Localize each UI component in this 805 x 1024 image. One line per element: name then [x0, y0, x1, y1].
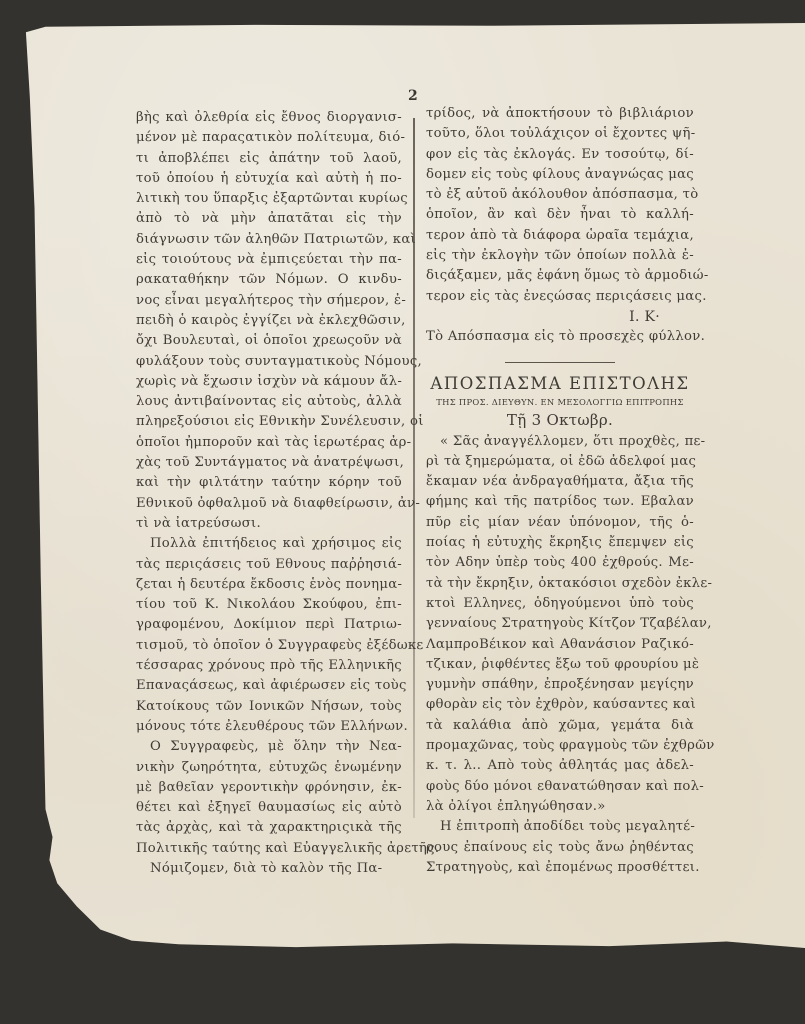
text-line: γενναίους Στρατηγοὺς Κίτζον Τζαβέλαν, [426, 614, 694, 634]
text-line: χὰς τοῦ Συντάγματος νὰ ἀνατρέψωσι, [136, 453, 402, 473]
text-line: λους ἀντιβαίνοντας εἰς αὐτοὺς, ἀλλὰ [136, 392, 402, 412]
paragraph: Η ἐπιτροπὴ ἀποδίδει τοὺς μεγαλητέ-ρους ἐ… [426, 817, 694, 878]
text-line: διάγνωσιν τῶν ἀληθῶν Πατριωτῶν, καὶ [136, 230, 402, 250]
page-number: 2 [408, 88, 418, 104]
text-line: εἰς τὴν ἐκλογὴν τῶν ὁποίων πολλὰ ἐ- [426, 246, 694, 266]
section-rule [505, 362, 615, 363]
text-line: τὰς ἀρχὰς, καὶ τὰ χαρακτηριςικὰ τῆς [136, 818, 402, 838]
text-line: Η ἐπιτροπὴ ἀποδίδει τοὺς μεγαλητέ- [426, 817, 694, 837]
text-line: γυμνὴν σπάθην, ἐπροξένησαν μεγίςην [426, 675, 694, 695]
text-line: νικὴν ζωηρότητα, εὐτυχῶς ἑνωμένην [136, 758, 402, 778]
text-line: ρὶ τὰ ξημερώματα, οἱ ἐδῶ ἀδελφοί μας [426, 452, 694, 472]
text-line: τοῦτο, ὅλοι τοὐλάχιςον οἱ ἔχοντες ψῆ- [426, 124, 694, 144]
paragraph: Ο Συγγραφεὺς, μὲ ὅλην τὴν Νεα-νικὴν ζωηρ… [136, 737, 402, 859]
text-line: ὁποῖοι ἠμποροῦν καὶ τὰς ἱερωτέρας ἀρ- [136, 433, 402, 453]
text-line: τερον εἰς τὰς ἐνεςώσας περιςάσεις μας. [426, 287, 694, 307]
text-line: τι ἀποβλέπει εἰς ἀπάτην τοῦ λαοῦ, [136, 149, 402, 169]
text-line: κτοὶ Ελληνες, ὁδηγούμενοι ὑπὸ τοὺς [426, 594, 694, 614]
text-line: ὄχι Βουλευταὶ, οἱ ὁποῖοι χρεωςοῦν νὰ [136, 331, 402, 351]
text-line: προμαχῶνας, τοὺς φραγμοὺς τῶν ἐχθρῶν [426, 736, 694, 756]
text-line: Ο Συγγραφεὺς, μὲ ὅλην τὴν Νεα- [136, 737, 402, 757]
text-line: « Σᾶς ἀναγγέλλομεν, ὅτι προχθὲς, πε- [426, 432, 694, 452]
text-line: τὶ νὰ ἰατρεύσωσι. [136, 514, 402, 534]
section-subtitle: ΤΗΣ ΠΡΟΣ. ΔΙΕΥΘΥΝ. ΕΝ ΜΕΣΟΛΟΓΓΙΩ ΕΠΙΤΡΟΠ… [426, 395, 694, 410]
right-column: τρίδος, νὰ ἀποκτήσουν τὸ βιβλιάριοντοῦτο… [426, 104, 694, 878]
text-line: τερον ἀπὸ τὰ διάφορα ὡραῖα τεμάχια, [426, 226, 694, 246]
text-line: φυλάξουν τοὺς συνταγματικοὺς Νόμους, [136, 352, 402, 372]
text-line: χωρὶς νὰ ἔχωσιν ἰσχὺν νὰ κάμουν ἄλ- [136, 372, 402, 392]
text-line: Στρατηγοὺς, καὶ ἐπομένως προσθέττει. [426, 858, 694, 878]
text-line: ὁποῖον, ἂν καὶ δὲν ἦναι τὸ καλλή- [426, 205, 694, 225]
text-line: τίου τοῦ Κ. Νικολάου Σκούφου, ἐπι- [136, 595, 402, 615]
section-title: ΑΠΟΣΠΑΣΜΑ ΕΠΙΣΤΟΛΗΣ [426, 373, 694, 395]
text-line: φον εἰς τὰς ἐκλογάς. Εν τοσούτῳ, δί- [426, 145, 694, 165]
text-line: Πολλὰ ἐπιτήδειος καὶ χρήσιμος εἰς [136, 534, 402, 554]
text-line: νος εἶναι μεγαλήτερος τὴν σήμερον, ἐ- [136, 291, 402, 311]
text-line: πῦρ εἰς μίαν νέαν ὑπόνομον, τῆς ὁ- [426, 513, 694, 533]
text-line: Επαναςάσεως, καὶ ἀφιέρωσεν εἰς τοὺς [136, 676, 402, 696]
text-line: Πολιτικῆς ταύτης καὶ Εὐαγγελικῆς ἀρετῆς. [136, 839, 402, 859]
text-line: τὸ ἐξ αὐτοῦ ἀκόλουθον ἀπόσπασμα, τὸ [426, 185, 694, 205]
text-line: Νόμιζομεν, διὰ τὸ καλὸν τῆς Πα- [136, 859, 402, 879]
text-line: φοὺς δύο μόνοι εθανατώθησαν καὶ πολ- [426, 777, 694, 797]
text-line: τζικαν, ῥιφθέντες ἔξω τοῦ φρουρίου μὲ [426, 655, 694, 675]
text-line: τὰς περιςάσεις τοῦ Εθνους παῤῥησιά- [136, 555, 402, 575]
left-column: βὴς καὶ ὀλεθρία εἰς ἔθνος διοργανισ-μένο… [136, 108, 402, 879]
text-line: ζεται ἡ δευτέρα ἔκδοσις ἑνὸς πονημα- [136, 575, 402, 595]
editor-note: Τὸ Απόσπασμα εἰς τὸ προσεχὲς φύλλον. [426, 327, 694, 347]
text-line: κ. τ. λ.. Απὸ τοὺς ἀθλητάς μας ἀδελ- [426, 756, 694, 776]
column-divider [413, 118, 415, 818]
text-line: Κατοίκους τῶν Ιονικῶν Νήσων, τοὺς [136, 697, 402, 717]
text-line: ἀπὸ τὸ νὰ μὴν ἀπατᾶται εἰς τὴν [136, 209, 402, 229]
paragraph: τρίδος, νὰ ἀποκτήσουν τὸ βιβλιάριοντοῦτο… [426, 104, 694, 307]
text-line: εἰς τοιούτους νὰ ἐμπιςεύεται τὴν πα- [136, 250, 402, 270]
text-line: γραφομένου, Δοκίμιον περὶ Πατριω- [136, 615, 402, 635]
text-line: διςάξαμεν, μᾶς ἐφάνη ὅμως τὸ ἁρμοδιώ- [426, 266, 694, 286]
text-line: καὶ τὴν φιλτάτην ταύτην κόρην τοῦ [136, 473, 402, 493]
text-line: ἔκαμαν νέα ἀνδραγαθήματα, ἄξια τῆς [426, 472, 694, 492]
text-line: λὰ ὀλίγοι ἐπληγώθησαν.» [426, 797, 694, 817]
text-line: πειδὴ ὁ καιρὸς ἐγγίζει νὰ ἐκλεχθῶσιν, [136, 311, 402, 331]
paragraph: βὴς καὶ ὀλεθρία εἰς ἔθνος διοργανισ-μένο… [136, 108, 402, 534]
text-line: ΛαμπροΒέικον καὶ Αθανάσιον Ραζικό- [426, 635, 694, 655]
text-line: τὰ τὴν ἔκρηξιν, ὀκτακόσιοι σχεδὸν ἐκλε- [426, 574, 694, 594]
paragraph: Πολλὰ ἐπιτήδειος καὶ χρήσιμος εἰςτὰς περ… [136, 534, 402, 737]
text-line: δομεν εἰς τοὺς φίλους ἀναγνώςας μας [426, 165, 694, 185]
paragraph: Νόμιζομεν, διὰ τὸ καλὸν τῆς Πα- [136, 859, 402, 879]
text-line: πληρεξούσιοι εἰς Εθνικὴν Συνέλευσιν, οἱ [136, 412, 402, 432]
text-line: μόνους τότε ἐλευθέρους τῶν Ελλήνων. [136, 717, 402, 737]
text-line: θέτει καὶ ἐξηγεῖ θαυμασίως εἰς αὐτὸ [136, 798, 402, 818]
section-date: Τῇ 3 Οκτωβρ. [426, 410, 694, 430]
text-line: βὴς καὶ ὀλεθρία εἰς ἔθνος διοργανισ- [136, 108, 402, 128]
text-line: ποίας ἡ εὐτυχὴς ἔκρηξις ἔπεμψεν εἰς [426, 533, 694, 553]
text-line: μένον μὲ παραςατικὸν πολίτευμα, διό- [136, 128, 402, 148]
text-line: λιτικὴ του ὕπαρξις ἐξαρτῶνται κυρίως [136, 189, 402, 209]
signature: Ι. Κ· [426, 307, 694, 327]
text-line: τὸν Αδην ὑπὲρ τοὺς 400 ἐχθρούς. Με- [426, 553, 694, 573]
text-line: τρίδος, νὰ ἀποκτήσουν τὸ βιβλιάριον [426, 104, 694, 124]
text-line: τὰ καλάθια ἀπὸ χῶμα, γεμάτα διὰ [426, 716, 694, 736]
text-line: φήμης καὶ τῆς πατρίδος των. Εβαλαν [426, 492, 694, 512]
letter-excerpt: « Σᾶς ἀναγγέλλομεν, ὅτι προχθὲς, πε-ρὶ τ… [426, 432, 694, 818]
text-line: φθορὰν εἰς τὸν ἐχθρὸν, καύσαντες καὶ [426, 695, 694, 715]
text-line: ρους ἐπαίνους εἰς τοὺς ἄνω ῥηθέντας [426, 838, 694, 858]
text-line: τισμοῦ, τὸ ὁποῖον ὁ Συγγραφεὺς ἐξέδωκε [136, 636, 402, 656]
text-line: τέσσαρας χρόνους πρὸ τῆς Ελληνικῆς [136, 656, 402, 676]
text-line: Εθνικοῦ ὀφθαλμοῦ νὰ διαφθείρωσιν, ἀν- [136, 494, 402, 514]
text-line: τοῦ ὁποίου ἡ εὐτυχία καὶ αὐτὴ ἡ πο- [136, 169, 402, 189]
text-line: μὲ βαθεῖαν γεροντικὴν φρόνησιν, ἐκ- [136, 778, 402, 798]
text-line: ρακαταθήκην τῶν Νόμων. Ο κινδυ- [136, 270, 402, 290]
